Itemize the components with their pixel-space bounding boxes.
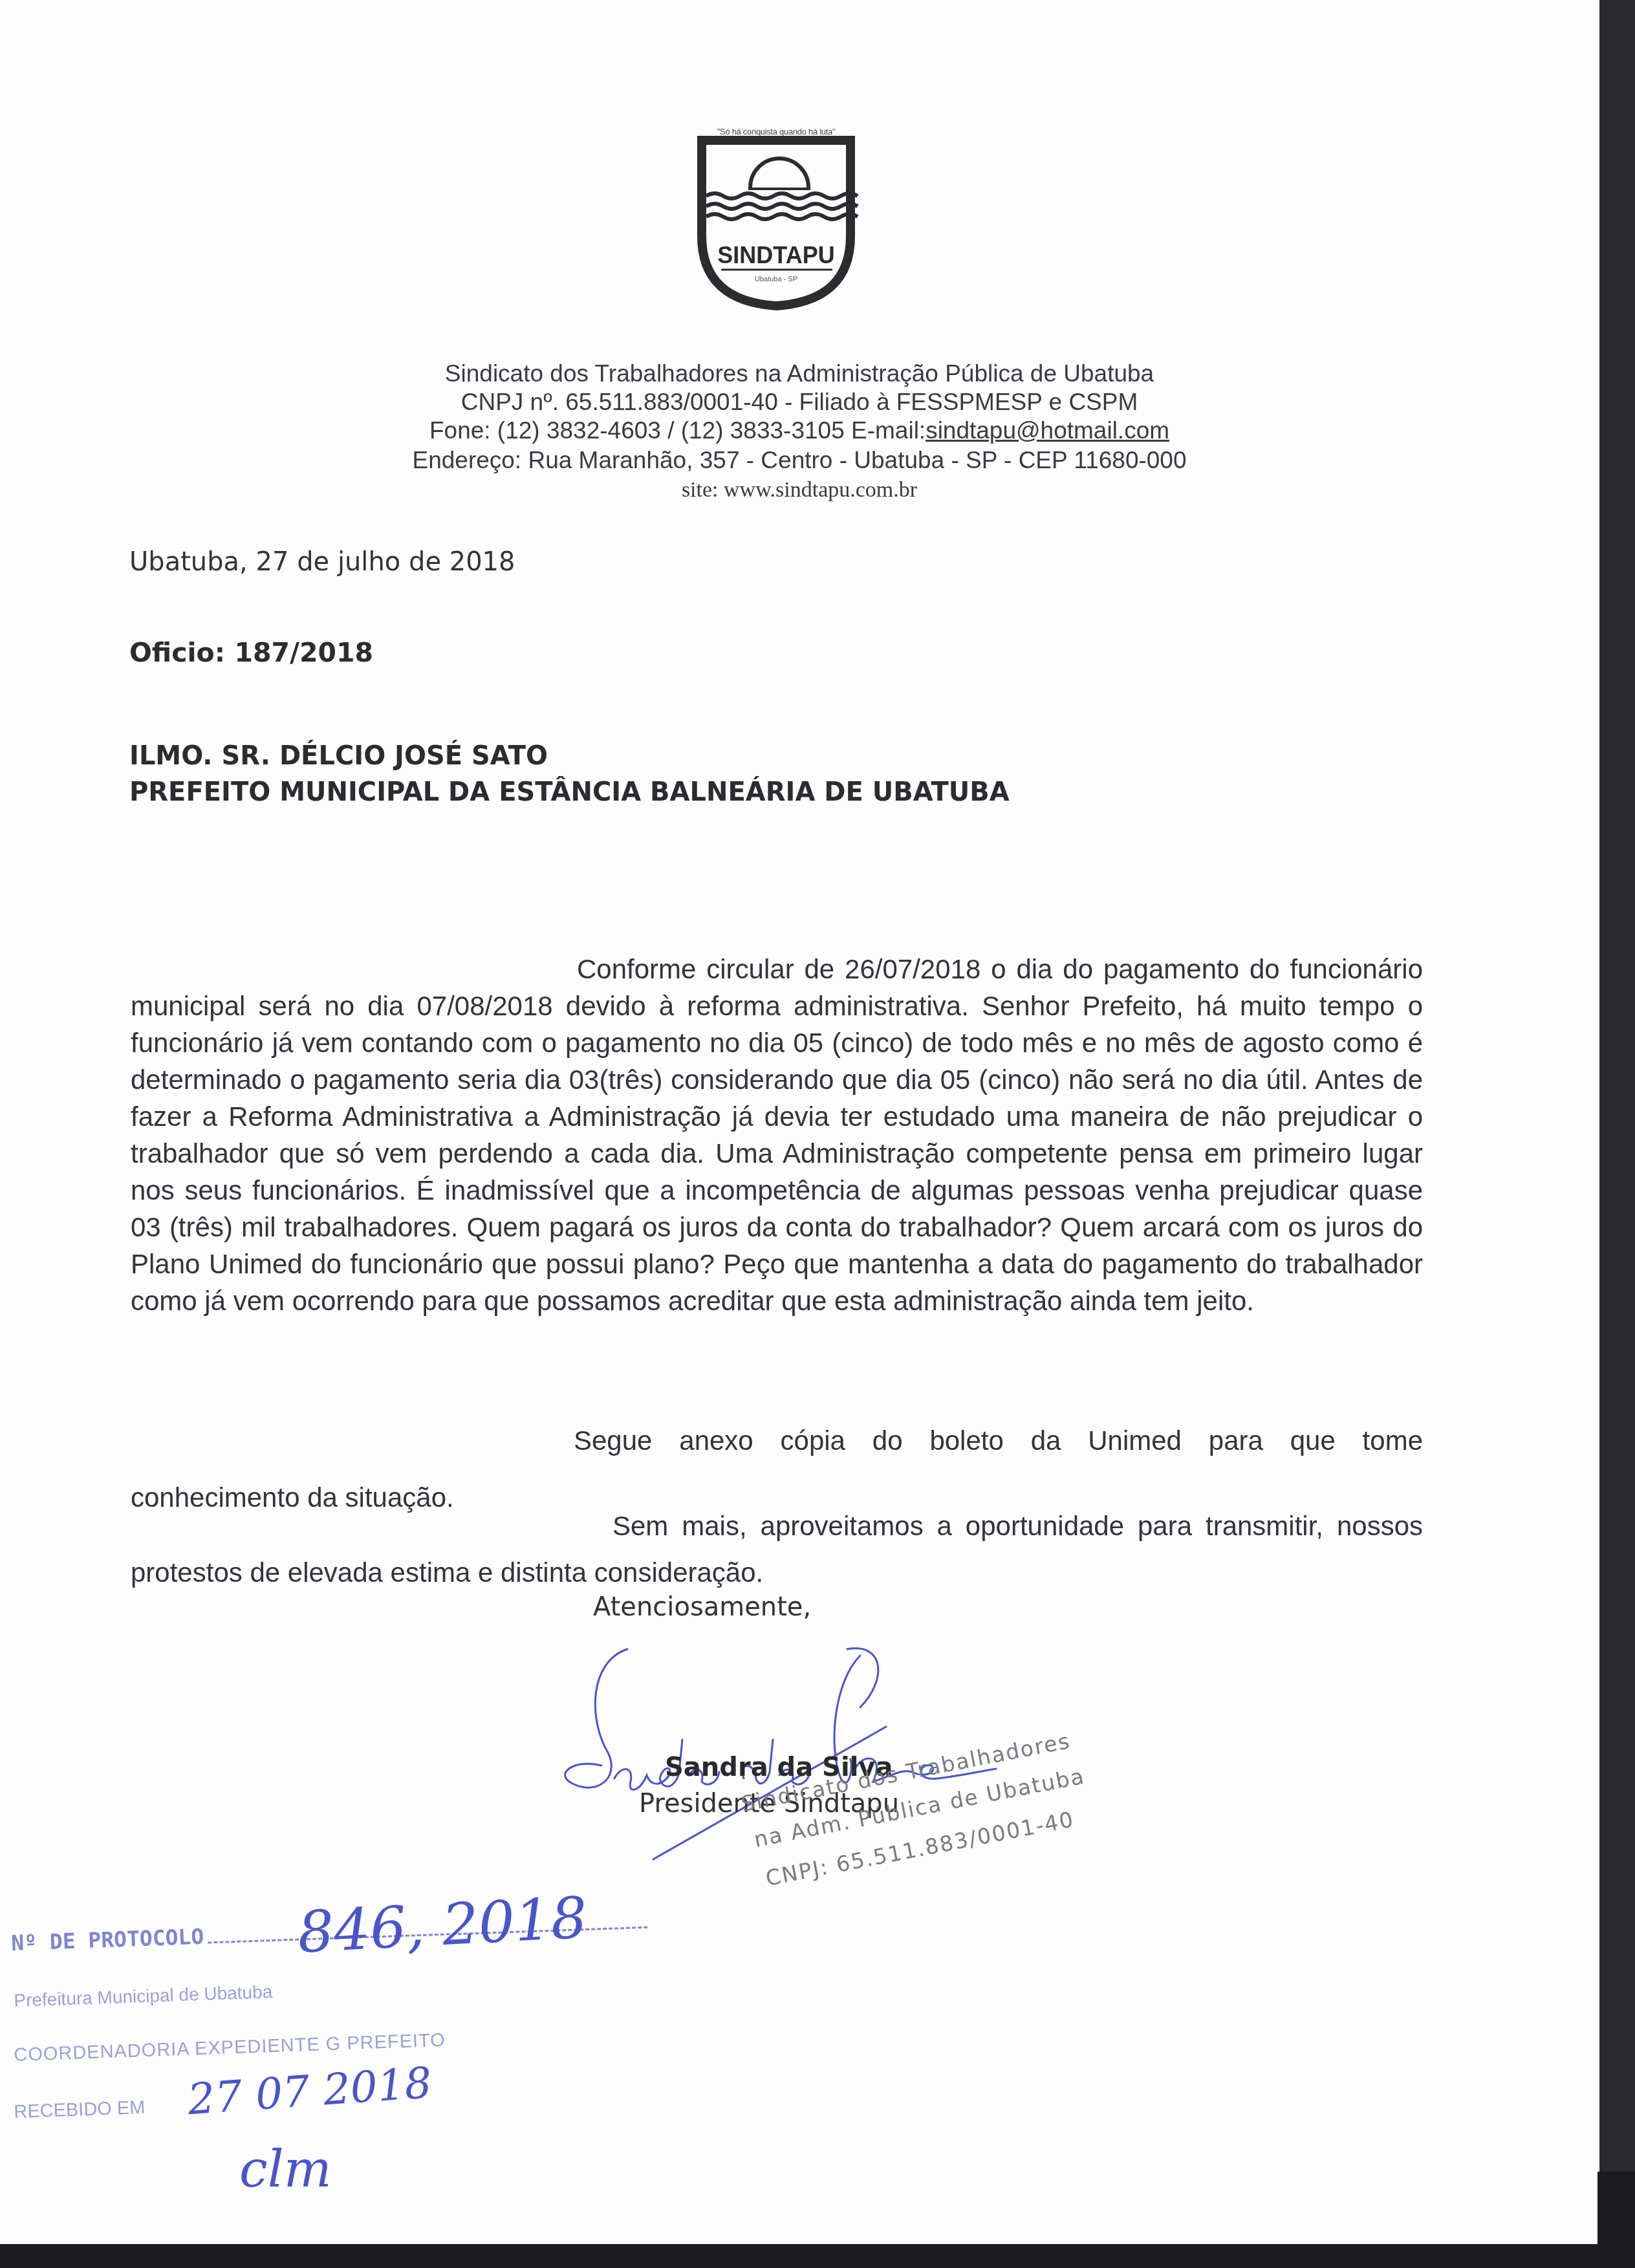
paragraph-text: Conforme circular de 26/07/2018 o dia do… [131, 951, 1423, 1319]
logo-location: Ubatuba - SP [755, 275, 797, 283]
body-paragraph-3: Sem mais, aproveitamos a oportunidade pa… [131, 1503, 1423, 1596]
oficio-number: Oficio: 187/2018 [129, 637, 373, 668]
letterhead-address: Endereço: Rua Maranhão, 357 - Centro - U… [0, 446, 1599, 475]
letterhead-phone: Fone: (12) 3832-4603 / (12) 3833-3105 E-… [429, 417, 926, 444]
logo-name: SINDTAPU [717, 242, 834, 268]
letterhead-site: site: www.sindtapu.com.br [0, 476, 1599, 504]
union-stamp: Sindicato dos Trabalhadores na Adm. Públ… [744, 1746, 1145, 1914]
scan-edge-bottom [0, 2244, 1635, 2268]
letterhead-org-name: Sindicato dos Trabalhadores na Administr… [0, 360, 1599, 388]
letterhead-cnpj: CNPJ nº. 65.511.883/0001-40 - Filiado à … [0, 388, 1599, 416]
paragraph-text: Sem mais, aproveitamos a oportunidade pa… [131, 1503, 1423, 1596]
scan-edge-right [1599, 0, 1635, 2173]
letterhead-contact: Fone: (12) 3832-4603 / (12) 3833-3105 E-… [0, 416, 1599, 445]
closing-salutation: Atenciosamente, [593, 1592, 811, 1622]
sindtapu-shield-logo-icon: SINDTAPU Ubatuba - SP [689, 126, 863, 310]
letterhead-email-link[interactable]: sindtapu@hotmail.com [926, 417, 1169, 444]
body-paragraph-1: Conforme circular de 26/07/2018 o dia do… [131, 951, 1423, 1319]
recipient-title: PREFEITO MUNICIPAL DA ESTÂNCIA BALNEÁRIA… [129, 777, 1010, 807]
receiver-initials-handwritten: clm [239, 2141, 332, 2199]
recipient-name: ILMO. SR. DÉLCIO JOSÉ SATO [129, 741, 548, 771]
letter-date: Ubatuba, 27 de julho de 2018 [129, 547, 515, 577]
scan-edge-corner [1597, 2172, 1635, 2268]
